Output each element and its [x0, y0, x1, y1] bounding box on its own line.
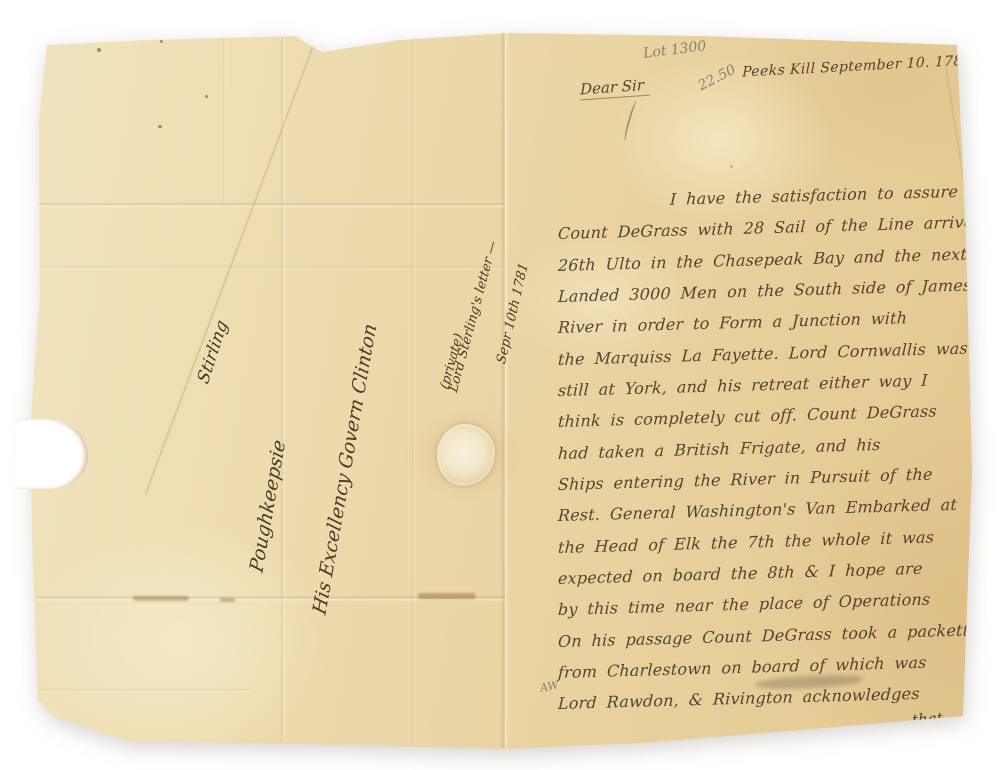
dateline: Peeks Kill September 10. 1781 —	[742, 51, 991, 80]
body-line: Lord Rawdon, & Rivington acknowledges	[558, 684, 921, 713]
body-line: Ships entering the River in Pursuit of t…	[558, 465, 933, 494]
address-place: Poughkeepsie	[243, 419, 294, 593]
body-line: had taken a British Frigate, and his	[558, 435, 881, 463]
catchword: that	[912, 709, 943, 729]
signature-frank: Stirling	[184, 286, 242, 418]
body-line: On his passage Count DeGrass took a pack…	[558, 620, 970, 651]
pencil-price: 22.50	[696, 62, 739, 94]
body-line: still at York, and his retreat either wa…	[558, 371, 929, 400]
stain	[133, 596, 189, 601]
address-recipient: His Excellency Govern Clinton	[308, 318, 381, 620]
body-line: Landed 3000 Men on the South side of Jam…	[558, 275, 972, 306]
speck	[730, 165, 733, 168]
speck	[160, 40, 163, 43]
speck	[97, 48, 101, 52]
photo-background: Sepr 10th 1781 Lord Sterling's letter — …	[0, 0, 1000, 770]
pencil-lot-number: Lot 1300	[642, 38, 707, 62]
pen-flourish	[622, 100, 639, 142]
body-line: Rest. General Washington's Van Embarked …	[558, 495, 958, 525]
speck	[158, 125, 162, 128]
letter-document: Sepr 10th 1781 Lord Sterling's letter — …	[0, 0, 1000, 770]
speck	[205, 95, 208, 98]
center-fold-crease	[500, 32, 509, 748]
fold-crease	[280, 36, 286, 742]
wax-seal-icon	[437, 424, 495, 486]
salutation: Dear Sir	[580, 76, 650, 101]
fold-crease	[40, 688, 250, 693]
fold-crease	[222, 36, 227, 208]
body-line: River in order to Form a Junction with	[558, 308, 908, 337]
fold-crease	[411, 36, 416, 744]
body-line: 26th Ulto in the Chasepeak Bay and the n…	[558, 243, 1000, 275]
stain	[418, 593, 476, 599]
letter-paper: Sepr 10th 1781 Lord Sterling's letter — …	[0, 0, 1000, 770]
body-line: the Head of Elk the 7th the whole it was	[558, 527, 935, 557]
body-line: Count DeGrass with 28 Sail of the Line a…	[558, 211, 1000, 243]
body-line: expected on board the 8th & I hope are	[558, 559, 923, 588]
body-line: I have the satisfaction to assure you th…	[558, 180, 1000, 213]
body-line: the Marquiss La Fayette. Lord Cornwallis…	[558, 339, 969, 369]
margin-pencil-mark: AW	[539, 678, 560, 695]
fold-crease	[36, 202, 504, 208]
body-line: from Charlestown on board of which was	[558, 653, 927, 682]
fold-crease	[36, 265, 504, 270]
stain	[220, 598, 235, 602]
body-line: by this time near the place of Operation…	[558, 590, 931, 619]
body-line: think is completely cut off. Count DeGra…	[558, 401, 938, 431]
